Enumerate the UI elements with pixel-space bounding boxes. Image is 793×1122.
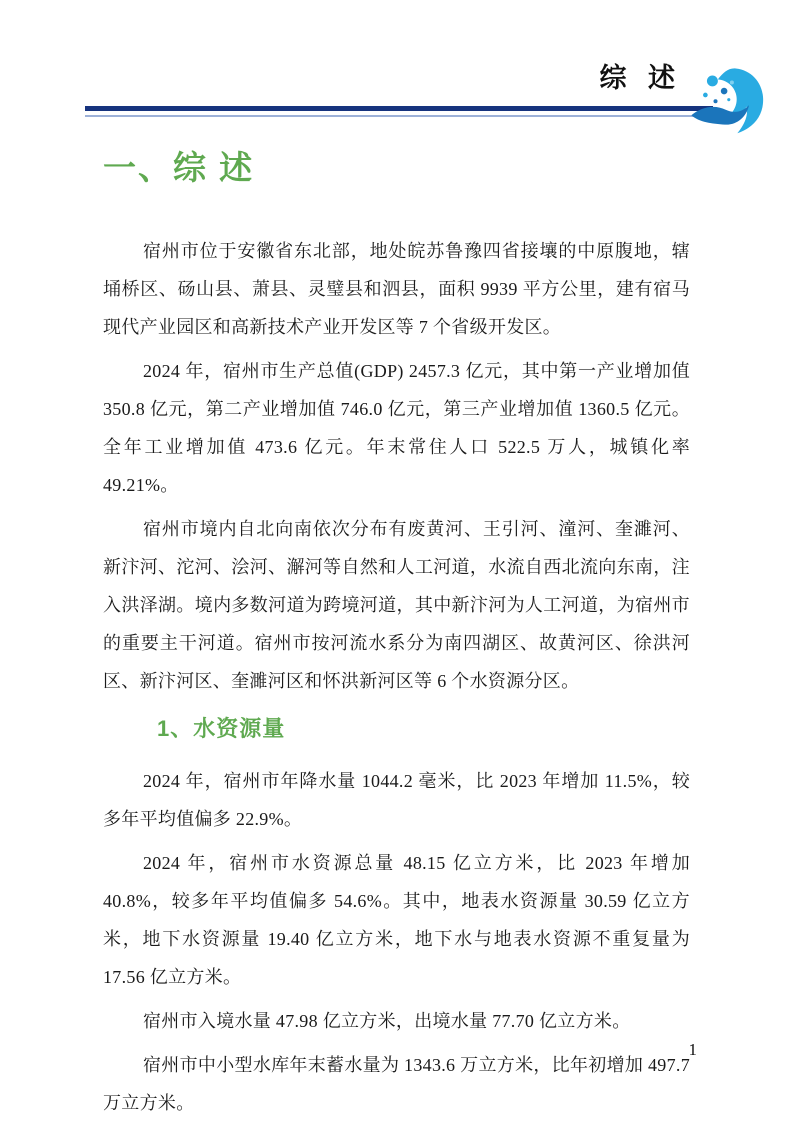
intro-paragraph: 2024 年，宿州市生产总值(GDP) 2457.3 亿元，其中第一产业增加值 …: [103, 352, 690, 504]
intro-paragraph: 宿州市境内自北向南依次分布有废黄河、王引河、潼河、奎濉河、新汴河、沱河、浍河、澥…: [103, 510, 690, 700]
subsection-heading: 1、水资源量: [103, 714, 690, 744]
document-page: 综 述 一、综 述 宿州市位于安徽省东北部，地处皖苏鲁豫四省接壤的中原腹地，辖埇…: [0, 0, 793, 1122]
subsection-paragraph: 2024 年，宿州市水资源总量 48.15 亿立方米，比 2023 年增加 40…: [103, 844, 690, 996]
page-header: 综 述: [0, 0, 793, 150]
header-rule-light: [85, 115, 713, 117]
section-heading: 一、综 述: [103, 148, 690, 188]
document-body: 一、综 述 宿州市位于安徽省东北部，地处皖苏鲁豫四省接壤的中原腹地，辖埇桥区、砀…: [103, 148, 690, 1122]
intro-paragraph: 宿州市位于安徽省东北部，地处皖苏鲁豫四省接壤的中原腹地，辖埇桥区、砀山县、萧县、…: [103, 232, 690, 346]
subsection-paragraph: 宿州市入境水量 47.98 亿立方米，出境水量 77.70 亿立方米。: [103, 1002, 690, 1040]
page-number: 1: [689, 1040, 698, 1060]
header-rule-dark: [85, 106, 713, 111]
running-header-title: 综 述: [599, 62, 676, 94]
water-splash-icon: [689, 64, 767, 140]
subsection-paragraph: 2024 年，宿州市年降水量 1044.2 毫米，比 2023 年增加 11.5…: [103, 762, 690, 838]
subsection-paragraph: 宿州市中小型水库年末蓄水量为 1343.6 万立方米，比年初增加 497.7 万…: [103, 1046, 690, 1122]
